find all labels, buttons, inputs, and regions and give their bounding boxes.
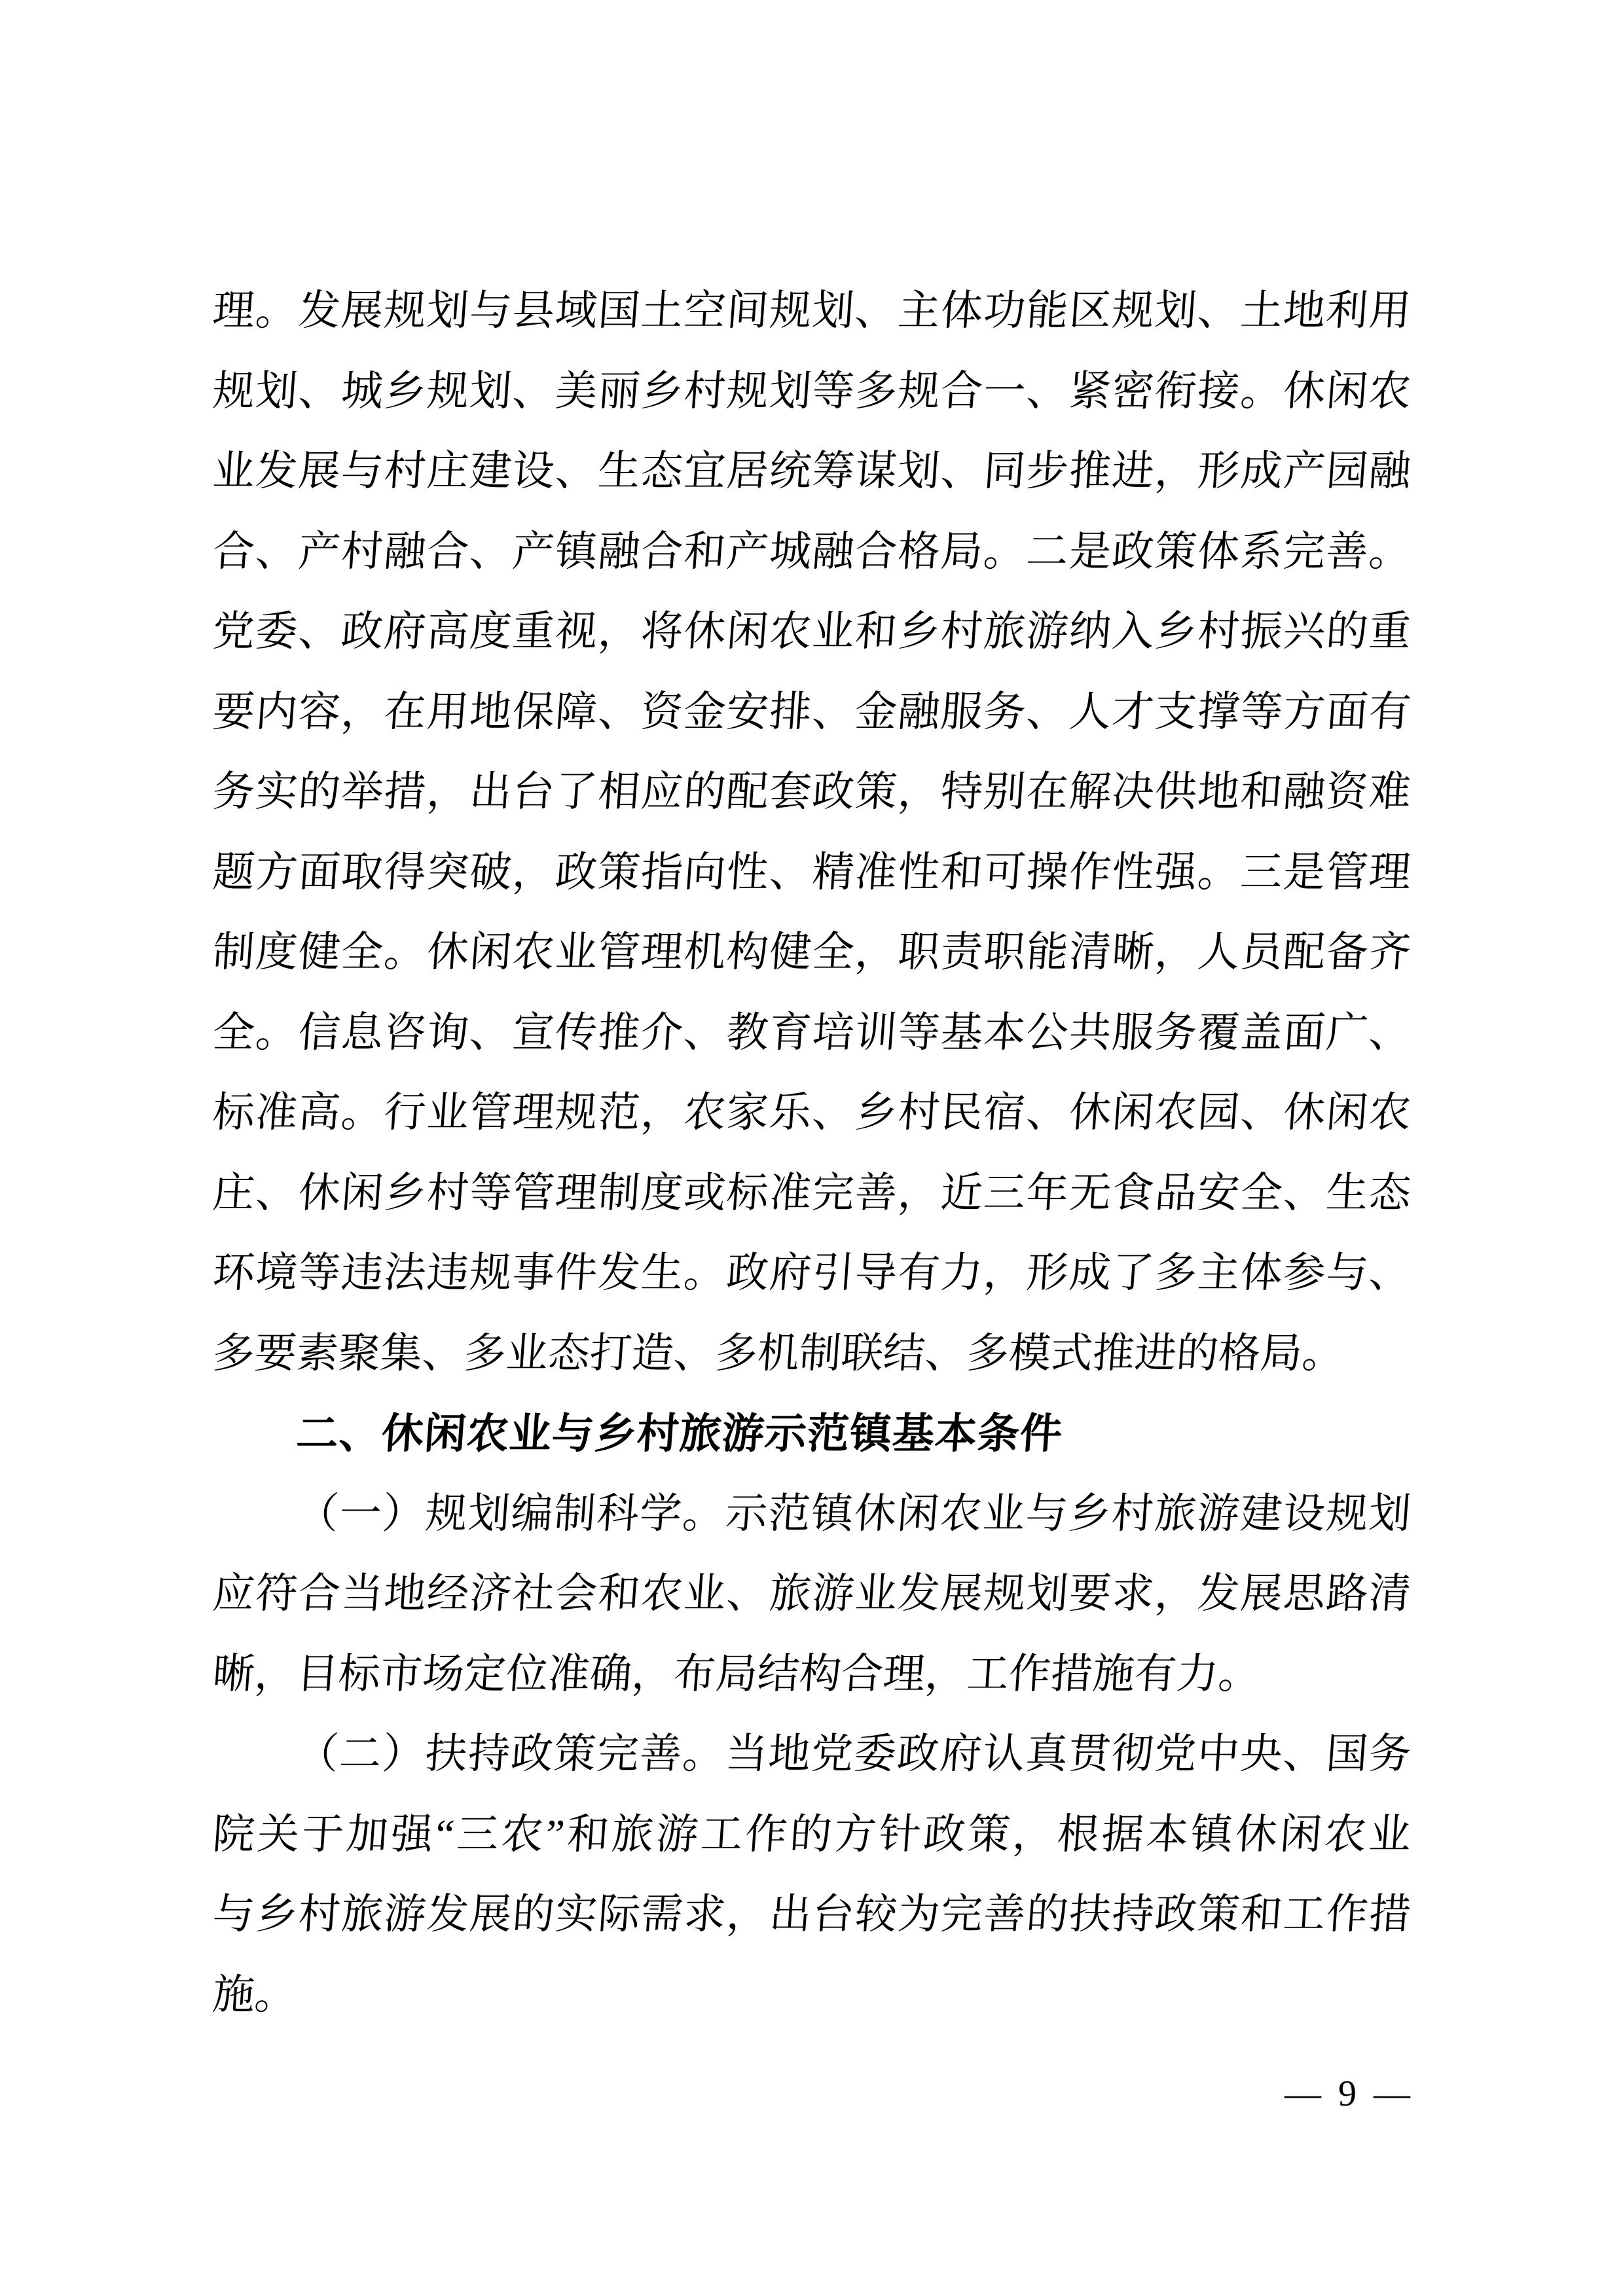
document-content: 理。发展规划与县域国土空间规划、主体功能区规划、土地利用规划、城乡规划、美丽乡村… (213, 271, 1411, 2035)
text-line: 务实的举措，出台了相应的配套政策，特别在解决供地和融资难 (210, 752, 1414, 833)
text-line: 院关于加强“三农”和旅游工作的方针政策，根据本镇休闲农业 (210, 1795, 1414, 1875)
text-line: 多要素聚集、多业态打造、多机制联结、多模式推进的格局。 (210, 1314, 1414, 1394)
text-line: 理。发展规划与县域国土空间规划、主体功能区规划、土地利用 (210, 271, 1414, 351)
text-line: 与乡村旅游发展的实际需求，出台较为完善的扶持政策和工作措 (210, 1874, 1414, 1955)
text-line: 要内容，在用地保障、资金安排、金融服务、人才支撑等方面有 (210, 672, 1414, 753)
text-line: 环境等违法违规事件发生。政府引导有力，形成了多主体参与、 (210, 1233, 1414, 1314)
document-page: 理。发展规划与县域国土空间规划、主体功能区规划、土地利用规划、城乡规划、美丽乡村… (0, 0, 1623, 2296)
text-line: （一）规划编制科学。示范镇休闲农业与乡村旅游建设规划 (210, 1474, 1414, 1554)
text-line: 题方面取得突破，政策指向性、精准性和可操作性强。三是管理 (210, 833, 1414, 913)
text-line: （二）扶持政策完善。当地党委政府认真贯彻党中央、国务 (210, 1714, 1414, 1795)
text-line: 合、产村融合、产镇融合和产城融合格局。二是政策体系完善。 (210, 512, 1414, 592)
text-line: 标准高。行业管理规范，农家乐、乡村民宿、休闲农园、休闲农 (210, 1073, 1414, 1153)
page-number: — 9 — (1285, 2072, 1414, 2115)
text-line: 党委、政府高度重视，将休闲农业和乡村旅游纳入乡村振兴的重 (210, 592, 1414, 672)
text-line: 全。信息咨询、宣传推介、教育培训等基本公共服务覆盖面广、 (210, 993, 1414, 1073)
text-line: 庄、休闲乡村等管理制度或标准完善，近三年无食品安全、生态 (210, 1153, 1414, 1234)
text-line: 晰，目标市场定位准确，布局结构合理，工作措施有力。 (210, 1634, 1414, 1715)
text-line: 制度健全。休闲农业管理机构健全，职责职能清晰，人员配备齐 (210, 912, 1414, 993)
section-heading: 二、休闲农业与乡村旅游示范镇基本条件 (210, 1393, 1414, 1474)
text-line: 业发展与村庄建设、生态宜居统筹谋划、同步推进，形成产园融 (210, 431, 1414, 512)
text-line: 施。 (210, 1955, 1414, 2036)
text-line: 规划、城乡规划、美丽乡村规划等多规合一、紧密衔接。休闲农 (210, 351, 1414, 432)
text-line: 应符合当地经济社会和农业、旅游业发展规划要求，发展思路清 (210, 1554, 1414, 1634)
